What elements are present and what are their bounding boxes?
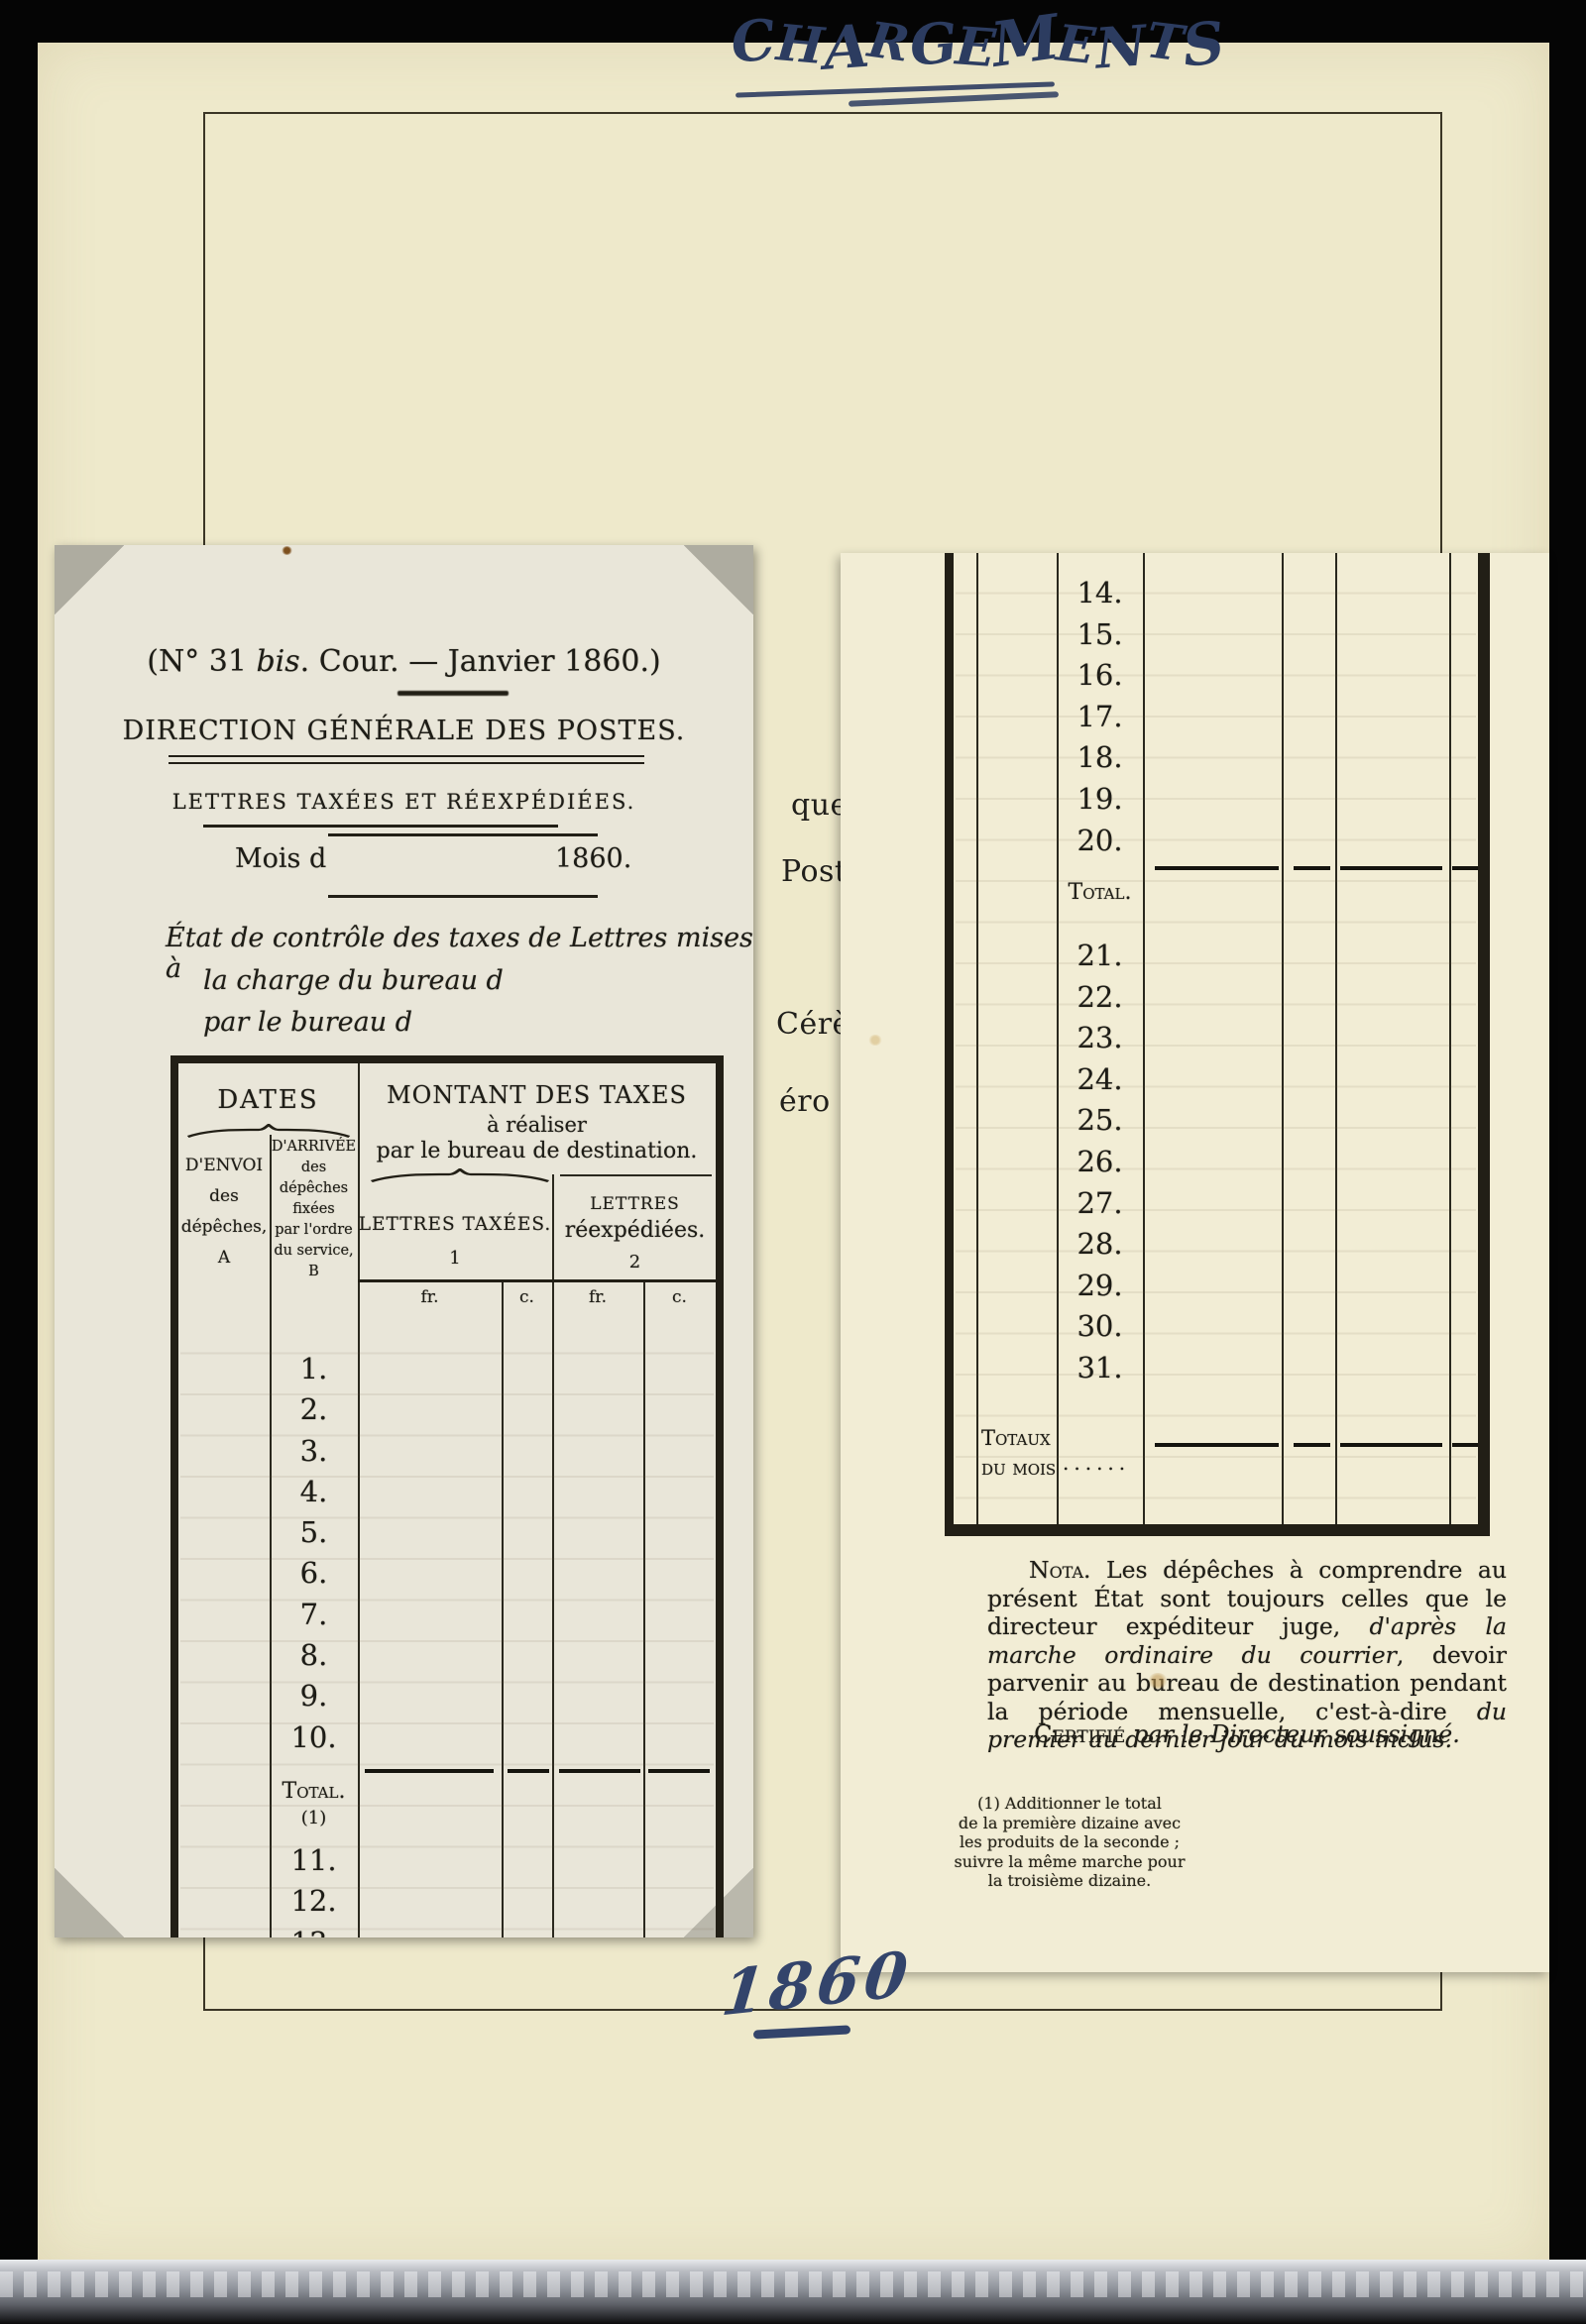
day-row-partial: 13. (1057, 553, 1143, 560)
dates-header: DATES (178, 1085, 358, 1115)
photo-corner-mount (684, 545, 753, 614)
footnote-line: les produits de la seconde ; (952, 1832, 1188, 1852)
column-divider (502, 1279, 504, 1937)
day-row: 18. (1057, 737, 1143, 779)
day-row: 5. (270, 1512, 358, 1553)
hidden-text-fragment: éro (779, 1084, 831, 1119)
handwritten-title: CHARGEMENTS (732, 12, 1098, 91)
col-reexpediees-header: réexpédiées. (554, 1218, 716, 1243)
col-envoi-header: D'ENVOIdesdépêches,A (178, 1151, 270, 1273)
issue-underline (397, 691, 509, 696)
month-blank-rule-top (328, 833, 598, 836)
montant-header: MONTANT DES TAXES (358, 1081, 716, 1109)
currency-label-fr: fr. (358, 1287, 502, 1307)
photo-corner-mount (55, 1868, 124, 1937)
currency-label-c: c. (502, 1287, 552, 1307)
day-rows-21-31: 21.22.23.24.25.26.27.28.29.30.31. (1057, 936, 1143, 1389)
header-line: des (270, 1158, 358, 1178)
day-row: 16. (1057, 655, 1143, 697)
totaux-dotted-leader: ...... (1063, 1451, 1130, 1475)
day-row: 28. (1057, 1224, 1143, 1266)
col-taxees-header: LETTRES TAXÉES. (358, 1214, 552, 1235)
day-rows-14-20: 14.15.16.17.18.19.20. (1057, 573, 1143, 861)
header-line: dépêches (270, 1178, 358, 1199)
day-row: 4. (270, 1472, 358, 1512)
day-row: 20. (1057, 821, 1143, 862)
header-line: du service, (270, 1241, 358, 1262)
day-row: 7. (270, 1595, 358, 1635)
header-line: B (270, 1262, 358, 1282)
day-row: 1. (270, 1349, 358, 1389)
left-document: (N° 31 bis. Cour. — Janvier 1860.) DIREC… (55, 545, 753, 1937)
day-row: 15. (1057, 614, 1143, 656)
column-divider (976, 553, 978, 1524)
day-rows-1-10: 1.2.3.4.5.6.7.8.9.10. (270, 1349, 358, 1758)
day-row: 22. (1057, 977, 1143, 1019)
control-table: DATES MONTANT DES TAXES à réaliser par l… (170, 1055, 724, 1937)
column-divider (1143, 553, 1145, 1524)
total-label: Total. (270, 1779, 358, 1804)
header-rule (358, 1279, 716, 1282)
certifie-line: Certifié par le Directeur soussigné. (989, 1720, 1505, 1748)
intro-line: la charge du bureau d (203, 965, 504, 996)
col-reexpediees-header: LETTRES (554, 1194, 716, 1214)
day-rows-11-13: 11.12.13. (270, 1840, 358, 1937)
day-row: 13. (270, 1923, 358, 1937)
day-row: 19. (1057, 779, 1143, 821)
binder-strip-teeth (0, 2271, 1586, 2297)
col-arrivee-header: D'ARRIVÉEdesdépêchesfixéespar l'ordredu … (270, 1137, 358, 1282)
brace-glyph (186, 1124, 351, 1138)
totaux-du-mois-label: Totaux du mois (981, 1423, 1061, 1483)
col-reexpediees-index: 2 (554, 1252, 716, 1273)
header-line: par l'ordre (270, 1220, 358, 1241)
currency-label-fr: fr. (552, 1287, 643, 1307)
header-line: dépêches, (178, 1212, 270, 1243)
footnote-line: (1) Additionner le total (952, 1794, 1188, 1814)
footnote-line: suivre la même marche pour (952, 1852, 1188, 1872)
photo-corner-mount (55, 545, 124, 614)
column-divider (1282, 553, 1284, 1524)
column-divider (1449, 553, 1451, 1524)
currency-label-c: c. (643, 1287, 716, 1307)
day-row: 9. (270, 1676, 358, 1716)
day-row: 30. (1057, 1306, 1143, 1348)
faint-row-lines (956, 553, 1476, 1510)
control-table-continuation: 13. 14.15.16.17.18.19.20. Total. 21.22.2… (945, 553, 1490, 1536)
day-row: 26. (1057, 1142, 1143, 1183)
montant-subline: par le bureau de destination. (358, 1139, 716, 1163)
totaux-line: du mois (981, 1453, 1061, 1483)
day-row: 24. (1057, 1059, 1143, 1101)
day-row: 14. (1057, 573, 1143, 614)
day-row: 2. (270, 1389, 358, 1430)
day-row: 21. (1057, 936, 1143, 977)
document-subtitle: LETTRES TAXÉES ET RÉEXPÉDIÉES. (55, 790, 753, 814)
day-row: 6. (270, 1553, 358, 1594)
total-footnote-ref: (1) (270, 1808, 358, 1828)
intro-line: par le bureau d (203, 1007, 412, 1038)
day-row: 10. (270, 1717, 358, 1758)
day-row: 12. (270, 1881, 358, 1922)
reexpediees-top-rule (560, 1174, 712, 1176)
issue-line: (N° 31 bis. Cour. — Janvier 1860.) (55, 644, 753, 679)
day-row: 27. (1057, 1183, 1143, 1225)
month-label: Mois d (235, 843, 326, 874)
col-taxees-index: 1 (358, 1248, 552, 1269)
day-row: 8. (270, 1635, 358, 1676)
year-value: 1860. (555, 843, 631, 874)
header-line: D'ARRIVÉE (270, 1137, 358, 1158)
day-row: 31. (1057, 1348, 1143, 1389)
day-row: 25. (1057, 1100, 1143, 1142)
day-row: 3. (270, 1431, 358, 1472)
header-line: A (178, 1243, 270, 1273)
footnote-line: la troisième dizaine. (952, 1871, 1188, 1891)
footnote: (1) Additionner le totalde la première d… (952, 1794, 1188, 1891)
subtitle-rule (203, 825, 558, 828)
column-divider (358, 1063, 360, 1937)
total-label: Total. (1057, 880, 1143, 905)
hidden-text-fragment: Cérè (776, 1007, 850, 1042)
double-rule (169, 755, 644, 764)
brace-glyph (370, 1168, 550, 1182)
right-document: 13. 14.15.16.17.18.19.20. Total. 21.22.2… (841, 553, 1549, 1972)
day-row: 17. (1057, 697, 1143, 738)
column-divider (643, 1279, 645, 1937)
header-line: D'ENVOI (178, 1151, 270, 1181)
faint-row-lines (180, 1313, 714, 1937)
day-row: 23. (1057, 1018, 1143, 1059)
footnote-line: de la première dizaine avec (952, 1814, 1188, 1833)
month-blank-rule-bottom (328, 895, 598, 898)
document-title: DIRECTION GÉNÉRALE DES POSTES. (55, 716, 753, 746)
column-divider (1335, 553, 1337, 1524)
day-row: 29. (1057, 1266, 1143, 1307)
montant-subline: à réaliser (358, 1113, 716, 1137)
header-line: fixées (270, 1199, 358, 1220)
totaux-line: Totaux (981, 1423, 1061, 1453)
header-line: des (178, 1181, 270, 1212)
day-row: 11. (270, 1840, 358, 1881)
